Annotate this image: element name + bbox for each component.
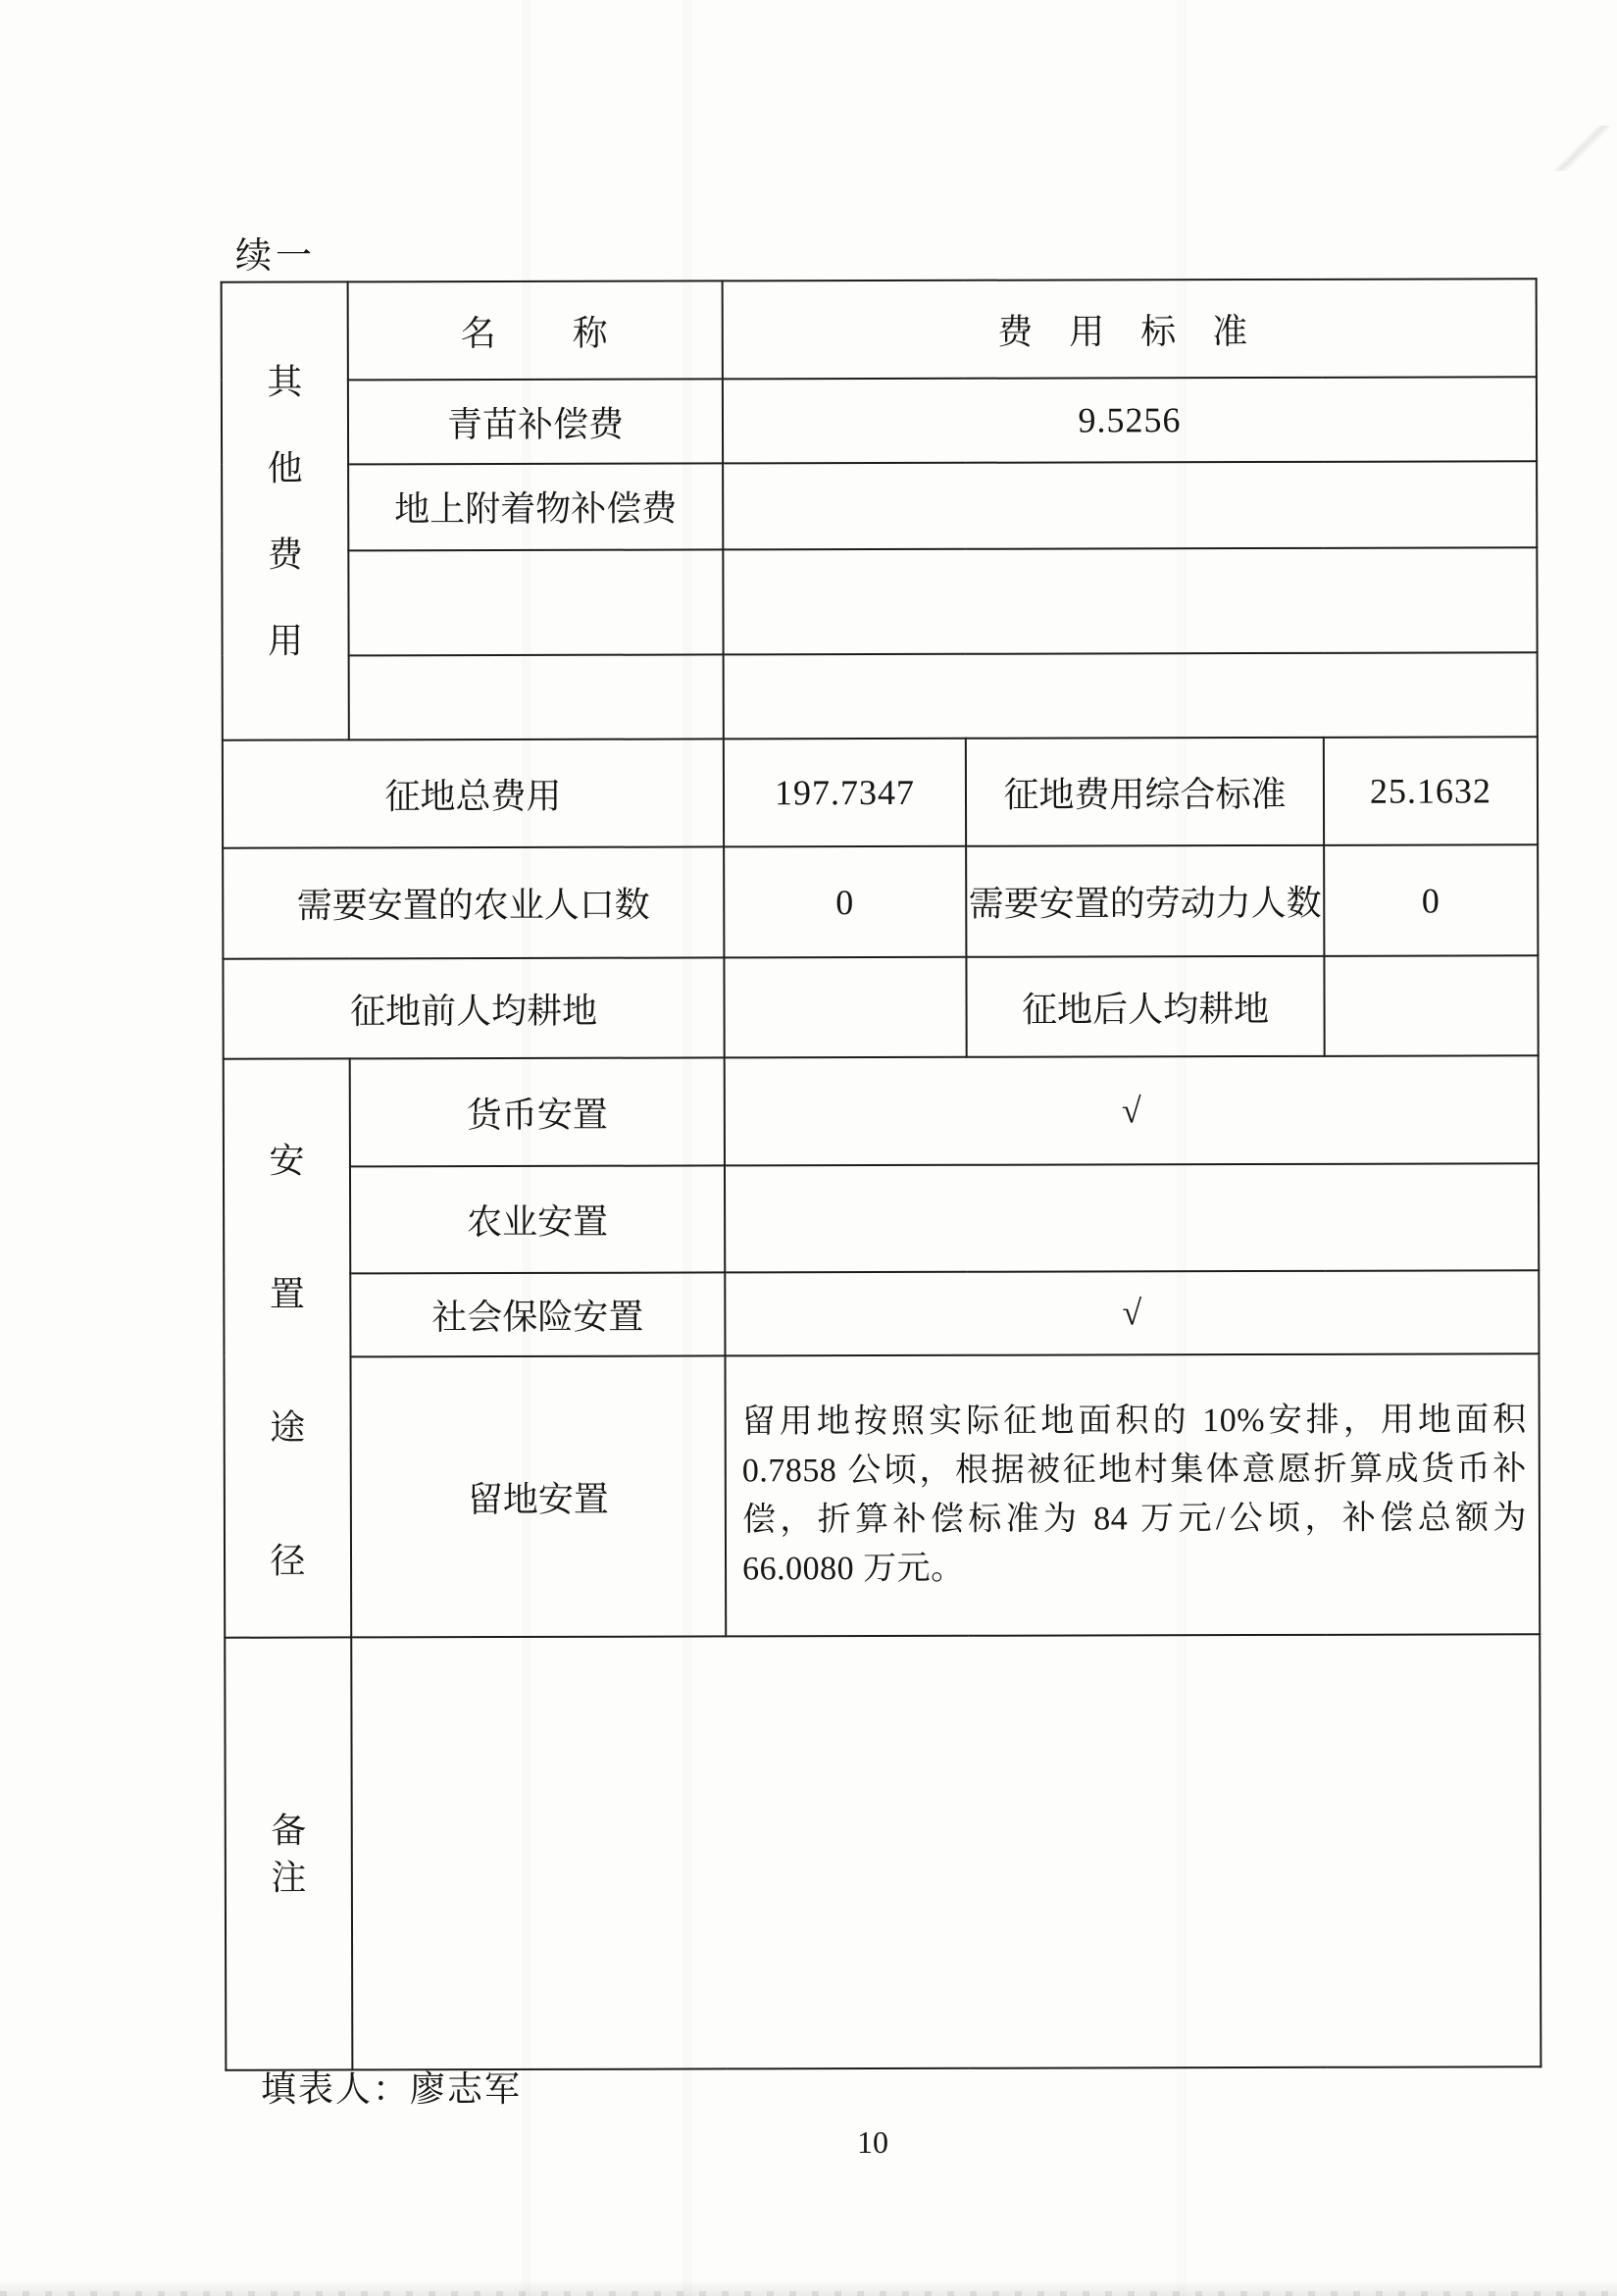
table-row: 征地前人均耕地 征地后人均耕地 [223, 955, 1538, 1059]
fee-name-cell: 青苗补偿费 [348, 380, 723, 464]
page-number: 10 [841, 2124, 904, 2161]
comprehensive-standard-value: 25.1632 [1324, 737, 1538, 845]
agri-population-label: 需要安置的农业人口数 [223, 846, 724, 958]
table-row: 征地总费用 197.7347 征地费用综合标准 25.1632 [223, 737, 1538, 848]
fee-value-cell [724, 652, 1538, 740]
fee-name-cell [348, 550, 723, 655]
scan-corner-artifact [1545, 126, 1617, 171]
social-insurance-resettlement-label: 社会保险安置 [350, 1272, 725, 1356]
labor-count-label: 需要安置的劳动力人数 [966, 845, 1324, 957]
resettlement-char: 途 [270, 1410, 305, 1446]
other-fees-char: 用 [268, 623, 303, 658]
farmland-before-label: 征地前人均耕地 [223, 957, 724, 1058]
agricultural-resettlement-value [725, 1164, 1539, 1273]
agricultural-resettlement-label: 农业安置 [350, 1166, 725, 1273]
remarks-char: 备 [271, 1812, 306, 1848]
agri-population-value: 0 [724, 846, 966, 958]
fee-value-cell: 9.5256 [723, 378, 1537, 464]
fee-value-cell [723, 461, 1537, 550]
form-table-wrapper: 其 他 费 用 名 称 费 用 标 准 青苗补偿费 9.5256 地上附着物补偿… [221, 278, 1542, 2071]
table-row: 留地安置 留用地按照实际征地面积的 10%安排，用地面积 0.7858 公顷，根… [224, 1353, 1540, 1638]
resettlement-char: 径 [270, 1544, 305, 1579]
fee-name-cell [349, 654, 724, 740]
table-row: 农业安置 [224, 1164, 1539, 1274]
farmland-before-value [724, 957, 966, 1058]
social-insurance-resettlement-checkmark: √ [725, 1270, 1539, 1355]
resettlement-char: 安 [269, 1144, 304, 1179]
table-row: 其 他 费 用 名 称 费 用 标 准 [222, 279, 1537, 381]
farmland-after-value [1324, 955, 1538, 1056]
other-fees-char: 他 [268, 450, 303, 485]
farmland-after-label: 征地后人均耕地 [966, 956, 1324, 1057]
table-row: 地上附着物补偿费 [222, 461, 1537, 551]
other-fees-vertical-label: 其 他 费 用 [223, 282, 348, 739]
continuation-label: 续一 [235, 226, 316, 279]
remarks-char: 注 [271, 1860, 306, 1895]
table-row: 需要安置的农业人口数 0 需要安置的劳动力人数 0 [223, 844, 1538, 959]
resettlement-row-header: 安 置 途 径 [224, 1058, 352, 1637]
table-row [222, 547, 1537, 655]
land-reserve-resettlement-cell: 留用地按照实际征地面积的 10%安排，用地面积 0.7858 公顷，根据被征地村… [725, 1353, 1540, 1636]
fee-value-cell [723, 547, 1537, 654]
other-fees-char: 其 [267, 364, 302, 399]
scan-bottom-shadow [0, 2280, 1617, 2296]
fee-name-cell: 地上附着物补偿费 [348, 463, 723, 550]
fee-standard-header: 费 用 标 准 [723, 279, 1537, 380]
scanned-form-page: 续一 其 他 费 用 名 称 费 用 标 准 [0, 0, 1617, 2296]
land-reserve-description: 留用地按照实际征地面积的 10%安排，用地面积 0.7858 公顷，根据被征地村… [727, 1396, 1540, 1594]
remarks-vertical-label: 备 注 [226, 1638, 351, 2068]
comprehensive-standard-label: 征地费用综合标准 [966, 738, 1324, 846]
other-fees-row-header: 其 他 费 用 [222, 281, 349, 740]
fee-name-header: 名 称 [348, 281, 723, 380]
table-row: 青苗补偿费 9.5256 [222, 378, 1537, 465]
resettlement-char: 置 [270, 1277, 305, 1312]
remarks-content-cell [351, 1634, 1541, 2069]
monetary-resettlement-label: 货币安置 [350, 1057, 725, 1166]
resettlement-vertical-label: 安 置 途 径 [225, 1059, 351, 1636]
table-row [223, 652, 1538, 740]
table-row: 社会保险安置 √ [224, 1270, 1539, 1357]
remarks-row-header: 备 注 [225, 1637, 352, 2069]
table-row: 安 置 途 径 货币安置 √ [224, 1055, 1539, 1167]
land-reserve-resettlement-label: 留地安置 [350, 1355, 726, 1637]
table-row: 备 注 [225, 1634, 1541, 2070]
total-cost-value: 197.7347 [724, 739, 966, 847]
form-table: 其 他 费 用 名 称 费 用 标 准 青苗补偿费 9.5256 地上附着物补偿… [221, 278, 1542, 2071]
total-cost-label: 征地总费用 [223, 739, 724, 847]
other-fees-char: 费 [268, 536, 303, 572]
monetary-resettlement-checkmark: √ [725, 1055, 1539, 1166]
labor-count-value: 0 [1324, 844, 1538, 956]
form-filler-line: 填表人：廖志军 [261, 2062, 522, 2112]
